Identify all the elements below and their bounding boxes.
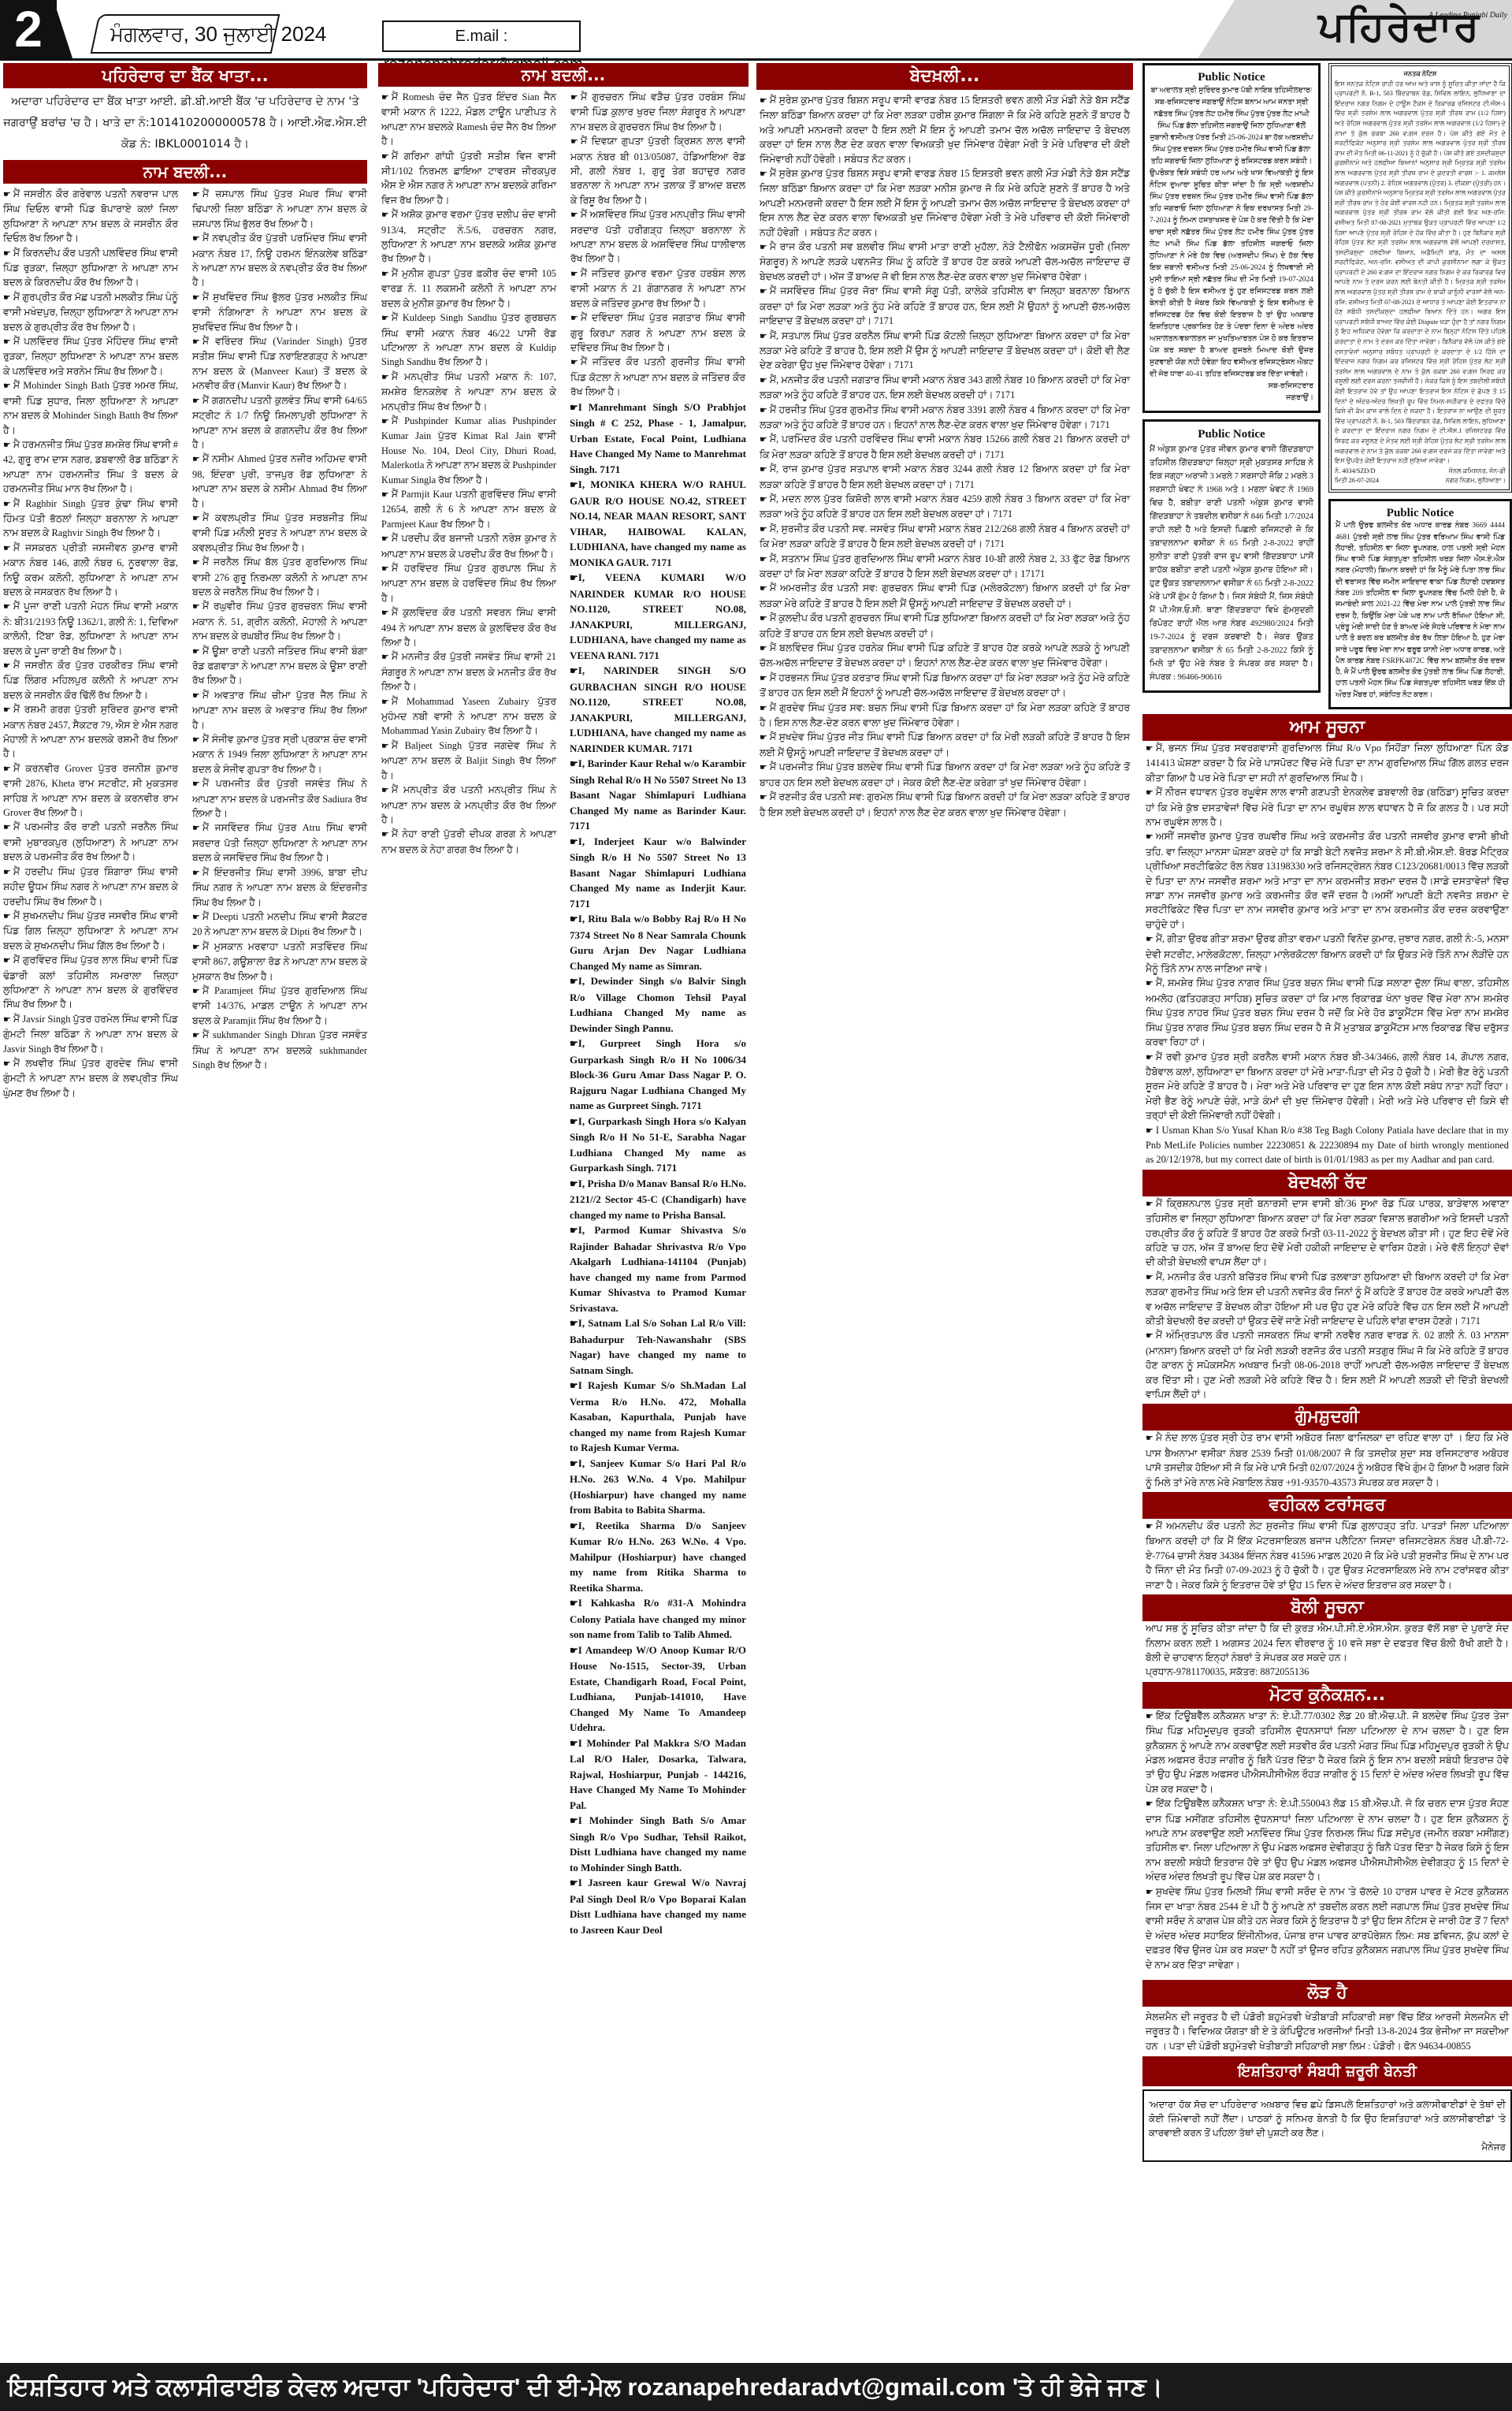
vehicle-transfer-list: ☛ਮੈਂ ਅਮਨਦੀਪ ਕੌਰ ਪਤਨੀ ਲੇਟ ਸੁਰਜੀਤ ਸਿੰਘ ਵਾਸ… bbox=[1142, 1519, 1512, 1592]
notice-header: ਬਾ ਅਦਾਲਤ ਸ੍ਰੀ ਸੁਰਿੰਦਰ ਕੁਮਾਰ ਪੱਬੀ ਨਾਇਬ ਤਹ… bbox=[1150, 85, 1313, 168]
entry-text: I, Dewinder Singh s/o Balvir Singh R/o V… bbox=[570, 975, 746, 1034]
entry-text: ਮੈਂ, ਸਤਨਾਮ ਸਿੰਘ ਪੁੱਤਰ ਗੁਰਦਿਆਲ ਸਿੰਘ ਵਾਸੀ … bbox=[760, 553, 1130, 579]
entry-text: ਮੈਂ, ਮਨਜੀਤ ਕੌਰ ਪਤਨੀ ਬਚਿੱਤਰ ਸਿੰਘ ਵਾਸੀ ਪਿੰ… bbox=[1146, 1271, 1509, 1326]
name-change-entry-english: ☛I Mohinder Pal Makkra S/O Madan Lal R/O… bbox=[567, 1736, 749, 1814]
pointing-hand-icon: ☛ bbox=[570, 479, 578, 490]
name-change-entry-english: ☛I, Dewinder Singh s/o Balvir Singh R/o … bbox=[567, 973, 749, 1036]
entry-text: ਮੈਂ ਕੁਲਦੀਪ ਕੌਰ ਪਤਨੀ ਗੁਰਚਰਨ ਸਿੰਘ ਵਾਸੀ ਪਿੰ… bbox=[760, 612, 1130, 638]
pointing-hand-icon: ☛ bbox=[570, 758, 578, 769]
bedakhli-entry: ☛ਮੈਂ ਕੁਲਦੀਪ ਕੌਰ ਪਤਨੀ ਗੁਰਚਰਨ ਸਿੰਘ ਵਾਸੀ ਪਿ… bbox=[756, 611, 1133, 641]
pointing-hand-icon: ☛ bbox=[760, 614, 767, 623]
boli-text: ਆਪ ਸਭ ਨੂੰ ਸੂਚਿਤ ਕੀਤਾ ਜਾਂਦਾ ਹੈ ਕਿ ਦੀ ਕੁਰੜ… bbox=[1142, 1621, 1512, 1665]
pointing-hand-icon: ☛ bbox=[1146, 1712, 1154, 1721]
pointing-hand-icon: ☛ bbox=[3, 705, 11, 715]
pointing-hand-icon: ☛ bbox=[570, 572, 578, 583]
entry-text: ਮੈਂ Javsir Singh ਪੁੱਤਰ ਹਰਮੇਲ ਸਿੰਘ ਵਾਸੀ ਪ… bbox=[3, 1014, 178, 1055]
pointing-hand-icon: ☛ bbox=[1146, 1434, 1154, 1443]
footer-advert-email: ਇਸ਼ਤਿਹਾਰ ਅਤੇ ਕਲਾਸੀਫਾਈਡ ਕੇਵਲ ਅਦਾਰਾ 'ਪਹਿਰੇ… bbox=[0, 2363, 1512, 2411]
entry-text: ਮੈ ਹਰਮਨਜੀਤ ਸਿੰਘ ਪੁੱਤਰ ਸ਼ਮਸ਼ੇਰ ਸਿੰਘ ਵਾਸੀ … bbox=[3, 439, 178, 494]
notice-body: ਮੈਂ ਪਾਲੋ ਉਰਫ ਬਲਜੀਤ ਕੋਰ ਅਧਾਰ ਕਾਰਡ ਨੰਬਰ 36… bbox=[1336, 520, 1505, 701]
entry-text: I, Prisha D/o Manav Bansal R/o H.No. 212… bbox=[570, 1178, 746, 1221]
entry-text: ਮੈਂ ਹਰਦੀਪ ਸਿੰਘ ਪੁੱਤਰ ਸ਼ਿੰਗਾਰਾ ਸਿੰਘ ਵਾਸੀ … bbox=[3, 866, 178, 907]
pointing-hand-icon: ☛ bbox=[3, 337, 11, 347]
name-change-entry: ☛ਮੈਂ ਸੰਜੀਵ ਕੁਮਾਰ ਪੁੱਤਰ ਸ੍ਰੀ ਪ੍ਰਕਾਸ਼ ਚੰਦ … bbox=[189, 732, 370, 776]
pointing-hand-icon: ☛ bbox=[1146, 1053, 1154, 1062]
entry-text: ਮੈਂ ਗੁਰਪ੍ਰੀਤ ਕੌਰ ਮੱਛ ਪਤਨੀ ਮਲਕੀਤ ਸਿੰਘ ਪੰਨ… bbox=[3, 292, 178, 333]
pointing-hand-icon: ☛ bbox=[570, 1877, 578, 1888]
name-change-entry-english: ☛I, Gurpreet Singh Hora s/o Gurparkash S… bbox=[567, 1036, 749, 1114]
pointing-hand-icon: ☛ bbox=[760, 733, 767, 742]
name-change-entry: ☛ਮੈਂ ਨੇਹਾ ਰਾਣੀ ਪੁੱਤਰੀ ਦੀਪਕ ਗਰਗ ਨੇ ਆਪਣਾ ਨ… bbox=[378, 827, 559, 857]
bedakhli-entry: ☛ਮੈਂ ਸੁਖਦੇਵ ਸਿੰਘ ਪੁੱਤਰ ਜੀਤ ਸਿੰਘ ਵਾਸੀ ਪਿੰ… bbox=[756, 730, 1133, 760]
entry-text: I Manrehmant Singh S/O Prabhjot Singh # … bbox=[570, 401, 746, 475]
entry-text: I Mohinder Pal Makkra S/O Madan Lal R/O … bbox=[570, 1737, 746, 1811]
entry-text: ਮੈਂ, ਸਤਪਾਲ ਸਿੰਘ ਪੁੱਤਰ ਕਰਨੈਲ ਸਿੰਘ ਵਾਸੀ ਪਿ… bbox=[760, 330, 1130, 371]
pointing-hand-icon: ☛ bbox=[1146, 788, 1154, 798]
boli-contacts: ਪ੍ਰਧਾਨ-9781170035, ਸਕੱਤਰ: 8872055136 bbox=[1142, 1665, 1512, 1679]
pointing-hand-icon: ☛ bbox=[1146, 1273, 1154, 1282]
name-change-entry: ☛ਮੈਂ ਕਵਲਪ੍ਰੀਤ ਸਿੰਘ ਪੁੱਤਰ ਸਰਬਜੀਤ ਸਿੰਘ ਵਾਸ… bbox=[189, 511, 370, 555]
entry-text: ਮੈਂ ਗੁਰਵਿੰਦਰ ਸਿੰਘ ਪੁੱਤਰ ਲਾਲ ਸਿੰਘ ਵਾਸੀ ਪਿ… bbox=[3, 954, 178, 1010]
pointing-hand-icon: ☛ bbox=[570, 1116, 578, 1127]
entry-text: ਮੈਂ ਊਸ਼ਾ ਰਾਣੀ ਪਤਨੀ ਜਤਿੰਦਰ ਸਿੰਘ ਵਾਸੀ ਬੰਗਾ… bbox=[192, 646, 367, 686]
pointing-hand-icon: ☛ bbox=[3, 868, 11, 877]
entry-text: ਮੈਂ ਦਵਿੰਦਰਾ ਸਿੰਘ ਪੁੱਤਰ ਜਗਤਾਰ ਸਿੰਘ ਵਾਸੀ ਗ… bbox=[570, 312, 745, 353]
pointing-hand-icon: ☛ bbox=[760, 495, 767, 504]
bedakhli-banner: ਬੇਦਖ਼ਲੀ... bbox=[756, 63, 1133, 90]
name-change-entry-english: ☛I, Parmod Kumar Shivastva S/o Rajinder … bbox=[567, 1222, 749, 1315]
pointing-hand-icon: ☛ bbox=[570, 665, 578, 676]
pointing-hand-icon: ☛ bbox=[760, 287, 767, 296]
notice-signature-place: ਨਗਰ ਨਿਗਮ, ਲੁਧਿਆਣਾ। bbox=[1446, 476, 1506, 486]
entry-text: ਮੈਂ ਰਣਜੀਤ ਕੌਰ ਪਤਨੀ ਸਵ: ਗੁਰਮੇਲ ਸਿੰਘ ਵਾਸੀ … bbox=[760, 791, 1130, 817]
pointing-hand-icon: ☛ bbox=[1146, 832, 1154, 842]
lod-banner: ਲੋੜ ਹੈ bbox=[1142, 1980, 1512, 2007]
name-change-entry: ☛ਮੈਂ ਦਵਿੰਦਰਾ ਸਿੰਘ ਪੁੱਤਰ ਜਗਤਾਰ ਸਿੰਘ ਵਾਸੀ … bbox=[567, 311, 749, 355]
masthead-email[interactable]: E.mail : rozanapehredar@gmail.com bbox=[382, 20, 581, 52]
entry-text: ਮੈਂ ਸੁਖਦੇਵ ਸਿੰਘ ਪੁੱਤਰ ਜੀਤ ਸਿੰਘ ਵਾਸੀ ਪਿੰਡ… bbox=[760, 731, 1130, 757]
notice-title: Public Notice bbox=[1336, 508, 1505, 519]
bedakhli-entry: ☛ਮੈਂ, ਸੁਰਜੀਤ ਕੌਰ ਪਤਨੀ ਸਵ. ਜਸਵੰਤ ਸਿੰਘ ਵਾਸ… bbox=[756, 522, 1133, 552]
name-change-entry: ☛ਮੈਂ ਗਰਿਮਾ ਗਾਂਧੀ ਪੁੱਤਰੀ ਸਤੀਸ਼ ਵਿਜ ਵਾਸੀ ਸ… bbox=[378, 149, 559, 208]
pointing-hand-icon: ☛ bbox=[570, 836, 578, 847]
pointing-hand-icon: ☛ bbox=[381, 152, 389, 162]
entry-text: ਮੈਂ, ਗੀਤਾ ਉਰਫ ਗੀਤਾ ਸ਼ਰਮਾ ਉਰਫ ਗੀਤਾ ਵਰਮਾ ਪ… bbox=[1146, 933, 1509, 974]
name-change-entry: ☛ਮੈਂ ਜਤਿੰਦਰ ਕੌਰ ਪਤਨੀ ਗੁਰਜੀਤ ਸਿੰਘ ਵਾਸੀ ਪਿ… bbox=[567, 355, 749, 399]
entry-text: ਮੈਂ ਦਿਵਯਾ ਗੁਪਤਾ ਪੁੱਤਰੀ ਕ੍ਰਿਸ਼ਨ ਲਾਲ ਵਾਸੀ … bbox=[570, 136, 745, 206]
entry-text: ਅਸੀਂ ਜਸਵੀਰ ਕੁਮਾਰ ਪੁੱਤਰ ਰਘਵੀਰ ਸਿੰਘ ਅਤੇ ਕਰ… bbox=[1146, 831, 1509, 929]
entry-text: ਮੈਂ ਜਤਿੰਦਰ ਕੁਮਾਰ ਵਰਮਾ ਪੁੱਤਰ ਹਰਬੰਸ ਲਾਲ ਵਾ… bbox=[570, 268, 745, 309]
aam-suchna-entry: ☛ਮੈਂ, ਭਜਨ ਸਿੰਘ ਪੁੱਤਰ ਸਵਰਗਵਾਸੀ ਗੁਰਦਿਆਲ ਸਿ… bbox=[1142, 741, 1512, 785]
pointing-hand-icon: ☛ bbox=[3, 765, 11, 774]
entry-text: I, Gurparkash Singh Hora s/o Kalyan Sing… bbox=[570, 1115, 746, 1174]
entry-text: ਮੈਂ ਗੁਰਚਰਨ ਸਿੰਘ ਵੜੈਚ ਪੁੱਤਰ ਹਰਬੰਸ ਸਿੰਘ ਵਾ… bbox=[570, 91, 745, 132]
public-notice-nagar-nigam: ਜਨਤਕ ਨੋਟਿਸ ਇਸ ਜਨਤਕ ਨੋਟਿਸ ਰਾਹੀ ਹਰ ਆਮ ਅਤੇ … bbox=[1328, 63, 1512, 493]
entry-text: ਮੈਂ ਬਲਵਿੰਦਰ ਸਿੰਘ ਪੁੱਤਰ ਹਰਨੇਕ ਸਿੰਘ ਵਾਸੀ ਪ… bbox=[760, 642, 1130, 668]
pointing-hand-icon: ☛ bbox=[192, 455, 200, 464]
entry-text: ਮੈਂ ਨਵਪ੍ਰੀਤ ਕੌਰ ਪੁੱਤਰੀ ਪਰਮਿੰਦਰ ਸਿੰਘ ਵਾਸੀ… bbox=[192, 233, 367, 288]
bedakhli-entry: ☛ਮੈਂ ਹਰਜੀਤ ਸਿੰਘ ਪੁੱਤਰ ਗੁਰਮੀਤ ਸਿੰਘ ਵਾਸੀ ਮ… bbox=[756, 403, 1133, 433]
column-bedakhli: ਬੇਦਖ਼ਲੀ... ☛ਮੈਂ ਸੁਰੇਸ਼ ਕੁਮਾਰ ਪੁੱਤਰ ਬਿਸ਼ਨ… bbox=[756, 63, 1133, 820]
motor-connection-entry: ☛ਇੱਕ ਟਿਊਬਵੈੱਲ ਕਨੈਕਸ਼ਨ ਖਾਤਾ ਨੰ: ਏ.ਪੀ.77/0… bbox=[1142, 1709, 1512, 1796]
entry-text: ਮੈਂ ਰਸ਼ਮੀ ਗਰਗ ਪੁੱਤਰੀ ਸੁਰਿੰਦਰ ਕੁਮਾਰ ਵਾਸੀ … bbox=[3, 704, 178, 759]
bedakhli-entry: ☛ਮੈ ਰਾਜ ਕੌਰ ਪਤਨੀ ਸਵ ਬਲਵੀਰ ਸਿੰਘ ਵਾਸੀ ਮਾਤਾ… bbox=[756, 240, 1133, 284]
name-change-entry: ☛ਮੈਂ Parmjit Kaur ਪਤਨੀ ਗੁਰਵਿੰਦਰ ਸਿੰਘ ਵਾਸ… bbox=[378, 487, 559, 531]
pointing-hand-icon: ☛ bbox=[381, 608, 389, 618]
pointing-hand-icon: ☛ bbox=[570, 913, 578, 925]
bedakhli-radd-list: ☛ਮੈਂ ਕ੍ਰਿਸ਼ਨਪਾਲ ਪੁੱਤਰ ਸ੍ਰੀ ਬਨਾਰਸੀ ਦਾਸ ਵਾ… bbox=[1142, 1196, 1512, 1402]
name-change-entry: ☛ਮੈਂ Paramjeet ਸਿੰਘ ਪੁੱਤਰ ਗੁਰਦਿਆਲ ਸਿੰਘ ਵ… bbox=[189, 984, 370, 1028]
entry-text: ਮੈਂ ਮਨਪ੍ਰੀਤ ਸਿੰਘ ਪਤਨੀ ਮਕਾਨ ਨੰ: 107, ਸ਼ਮਸ… bbox=[381, 371, 556, 412]
name-change-entry: ☛ਮੈਂ ਇੰਦਰਜੀਤ ਸਿੰਘ ਵਾਸੀ 3996, ਬਾਬਾ ਦੀਪ ਸਿ… bbox=[189, 865, 370, 910]
entry-text: ਮੈਂ Deepti ਪਤਨੀ ਮਨਦੀਪ ਸਿੰਘ ਵਾਸੀ ਸੈਕਟਰ 20… bbox=[192, 911, 367, 937]
pointing-hand-icon: ☛ bbox=[381, 786, 389, 795]
name-change-entry-english: ☛I, Inderjeet Kaur w/o Balwinder Singh R… bbox=[567, 834, 749, 912]
entry-text: ਮੈਂ ਰਵੀ ਕੁਮਾਰ ਪੁੱਤਰ ਸ਼੍ਰੀ ਕਰਨੈਲ ਵਾਸੀ ਮਕਾ… bbox=[1146, 1051, 1509, 1122]
pointing-hand-icon: ☛ bbox=[570, 402, 578, 413]
name-change-entry: ☛ਮੈਂ ਰਘੁਵੀਰ ਸਿੰਘ ਪੁੱਤਰ ਗੁਰਚਰਨ ਸਿੰਘ ਵਾਸੀ … bbox=[189, 599, 370, 643]
entry-text: ਮੈਂ ਲਖਵੀਰ ਸਿੰਘ ਪੁੱਤਰ ਗੁਰਦੇਵ ਸਿੰਘ ਵਾਸੀ ਗੁ… bbox=[3, 1058, 178, 1099]
entry-text: ਸੁਖਦੇਵ ਸਿੰਘ ਪੁੱਤਰ ਮਿਲਖੀ ਸਿੰਘ ਵਾਸੀ ਸਰੌਦ ਦ… bbox=[1146, 1886, 1509, 1970]
bedakhli-radd-entry: ☛ਮੈਂ ਕ੍ਰਿਸ਼ਨਪਾਲ ਪੁੱਤਰ ਸ੍ਰੀ ਬਨਾਰਸੀ ਦਾਸ ਵਾ… bbox=[1142, 1196, 1512, 1270]
bedakhli-entry: ☛ਮੈਂ ਹਰਭਜਨ ਸਿੰਘ ਪੁੱਤਰ ਕਰਤਾਰ ਸਿੰਘ ਵਾਸੀ ਪਿ… bbox=[756, 671, 1133, 701]
name-change-col-3: ☛ਮੈਂ Romesh ਚੰਦ ਜੈਨ ਪੁੱਤਰ ਇੰਦਰ Sian ਜੈਨ … bbox=[378, 90, 559, 1937]
pointing-hand-icon: ☛ bbox=[760, 96, 767, 106]
pointing-hand-icon: ☛ bbox=[570, 137, 578, 147]
pointing-hand-icon: ☛ bbox=[3, 661, 11, 671]
pointing-hand-icon: ☛ bbox=[570, 1645, 578, 1656]
name-change-entry: ☛ਮੈ ਹਰਮਨਜੀਤ ਸਿੰਘ ਪੁੱਤਰ ਸ਼ਮਸ਼ੇਰ ਸਿੰਘ ਵਾਸੀ… bbox=[0, 437, 181, 497]
name-change-entry: ☛ਮੈਂ ਮਨਪ੍ਰੀਤ ਕੌਰ ਪਤਨੀ ਮਨਪ੍ਰੀਤ ਸਿੰਘ ਨੇ ਆਪ… bbox=[378, 783, 559, 827]
notice-body: ਮੈਂ ਅੰਕੁਸ਼ ਕੁਮਾਰ ਪੁੱਤਰ ਜੀਵਨ ਕੁਮਾਰ ਵਾਸੀ ਗ… bbox=[1150, 443, 1313, 684]
name-change-banner-2: ਨਾਮ ਬਦਲੀ... bbox=[378, 63, 749, 87]
bedakhli-entry: ☛ਮੈਂ, ਸਤਨਾਮ ਸਿੰਘ ਪੁੱਤਰ ਗੁਰਦਿਆਲ ਸਿੰਘ ਵਾਸੀ… bbox=[756, 552, 1133, 582]
name-change-entry: ☛ਮੈਂ ਰਸ਼ਮੀ ਗਰਗ ਪੁੱਤਰੀ ਸੁਰਿੰਦਰ ਕੁਮਾਰ ਵਾਸੀ… bbox=[0, 702, 181, 761]
pointing-hand-icon: ☛ bbox=[192, 558, 200, 567]
pointing-hand-icon: ☛ bbox=[3, 956, 11, 966]
masthead-rule bbox=[0, 58, 1512, 61]
aam-suchna-entry: ☛ਮੈਂ ਨੀਰਜ ਵਧਾਵਨ ਪੁੱਤਰ ਰਘੂਵੰਸ ਲਾਲ ਵਾਸੀ ਗਣ… bbox=[1142, 785, 1512, 829]
pointing-hand-icon: ☛ bbox=[570, 1458, 578, 1469]
entry-text: ਮੈਂ, ਰਾਜ ਕੁਮਾਰ ਪੁੱਤਰ ਸਤਪਾਲ ਵਾਸੀ ਮਕਾਨ ਨੰਬ… bbox=[760, 463, 1130, 489]
notice-signature: ਸਬ-ਰਜਿਸਟਰਾਰ bbox=[1150, 381, 1313, 393]
entry-text: I, VEENA KUMARI W/O NARINDER KUMAR R/O H… bbox=[570, 571, 746, 661]
entry-text: ਮੈਂ ਮੁਸਕਾਨ ਮਰਵਾਹਾ ਪਤਨੀ ਸਤਵਿੰਦਰ ਸਿੰਘ ਵਾਸੀ… bbox=[192, 941, 367, 982]
entry-text: I, Inderjeet Kaur w/o Balwinder Singh R/… bbox=[570, 835, 746, 910]
motor-connection-entry: ☛ਇੱਕ ਟਿਊਬਵੈੱਲ ਕਨੈਕਸ਼ਨ ਖਾਤਾ ਨੰ: ਏ.ਪੀ.5500… bbox=[1142, 1796, 1512, 1884]
motor-connection-entry: ☛ਸੁਖਦੇਵ ਸਿੰਘ ਪੁੱਤਰ ਮਿਲਖੀ ਸਿੰਘ ਵਾਸੀ ਸਰੌਦ … bbox=[1142, 1885, 1512, 1972]
notice-title: Public Notice bbox=[1150, 72, 1313, 84]
pointing-hand-icon: ☛ bbox=[3, 544, 11, 553]
request-banner: ਇਸ਼ਤਿਹਾਰਾਂ ਸੰਬਧੀ ਜ਼ਰੂਰੀ ਬੇਨਤੀ bbox=[1142, 2056, 1512, 2086]
public-notice-gidderbaha: Public Notice ਮੈਂ ਅੰਕੁਸ਼ ਕੁਮਾਰ ਪੁੱਤਰ ਜੀਵ… bbox=[1142, 419, 1321, 693]
name-change-entry-english: ☛I Amandeep W/O Anoop Kumar R/O House No… bbox=[567, 1643, 749, 1736]
name-change-entry: ☛ਮੈਂ ਜਸਕਰਨ ਪ੍ਰੀਤੀ ਜਸਜੀਵਨ ਕੁਮਾਰ ਵਾਸੀ ਮਕਾਨ… bbox=[0, 541, 181, 600]
name-change-entry-english: ☛I Mohinder Singh Bath S/o Amar Singh R/… bbox=[567, 1813, 749, 1875]
entry-text: ਮੈਂ ਪੂਜਾ ਰਾਣੀ ਪਤਨੀ ਮੋਹਨ ਸਿੰਘ ਵਾਸੀ ਮਕਾਨ ਨ… bbox=[3, 601, 178, 656]
notice-ref-date: ਮਿਤੀ 26-07-2024 bbox=[1335, 476, 1379, 486]
entry-text: ਮੈਂ, ਮਦਨ ਲਾਲ ਪੁੱਤਰ ਕਿਸ਼ੋਰੀ ਲਾਲ ਵਾਸੀ ਮਕਾਨ… bbox=[760, 493, 1130, 519]
entry-text: I, Barinder Kaur Rehal w/o Karambir Sing… bbox=[570, 757, 746, 832]
pointing-hand-icon: ☛ bbox=[192, 293, 200, 303]
name-change-entry: ☛ਮੈਂ ਗੁਰਵਿੰਦਰ ਸਿੰਘ ਪੁੱਤਰ ਲਾਲ ਸਿੰਘ ਵਾਸੀ ਪ… bbox=[0, 953, 181, 1012]
entry-text: ਮੈਂ ਗੁਰਦੇਵ ਸਿੰਘ ਪੁੱਤਰ ਸਵ: ਬਚਨ ਸਿੰਘ ਵਾਸੀ … bbox=[760, 702, 1130, 728]
logo-area: ਪਹਿਰੇਦਾਰ A Leading Punjabi Daily bbox=[611, 0, 1512, 60]
column-left: ਪਹਿਰੇਦਾਰ ਦਾ ਬੈਂਕ ਖਾਤਾ... ਅਦਾਰਾ ਪਹਿਰੇਦਾਰ … bbox=[0, 63, 370, 1100]
name-change-entry-english: ☛I, Reetika Sharma D/o Sanjeev Kumar R/o… bbox=[567, 1518, 749, 1596]
bedakhli-radd-entry: ☛ਮੈਂ, ਮਨਜੀਤ ਕੌਰ ਪਤਨੀ ਬਚਿੱਤਰ ਸਿੰਘ ਵਾਸੀ ਪਿ… bbox=[1142, 1270, 1512, 1329]
entry-text: ਮੈਂ ਮਨਜੀਤ ਕੌਰ ਪੁੱਤਰੀ ਜਸਵੰਤ ਸਿੰਘ ਵਾਸੀ 21 … bbox=[381, 651, 556, 692]
pointing-hand-icon: ☛ bbox=[381, 417, 389, 426]
entry-text: ਮੈਂ ਸੁਰੇਸ਼ ਕੁਮਾਰ ਪੁੱਤਰ ਬਿਸ਼ਨ ਸਰੂਪ ਵਾਸੀ ਵ… bbox=[760, 168, 1130, 238]
pointing-hand-icon: ☛ bbox=[760, 332, 767, 341]
pointing-hand-icon: ☛ bbox=[192, 602, 200, 612]
name-change-entry: ☛ਮੈਂ Raghbir Singh ਪੁੱਤਰ ਕੁੰਢਾ ਸਿੰਘ ਵਾਸੀ… bbox=[0, 497, 181, 541]
entry-text: I, Sanjeev Kumar S/o Hari Pal R/o H.No. … bbox=[570, 1457, 746, 1516]
pointing-hand-icon: ☛ bbox=[381, 93, 389, 102]
entry-text: ਮੈਂ ਨੇਹਾ ਰਾਣੀ ਪੁੱਤਰੀ ਦੀਪਕ ਗਰਗ ਨੇ ਆਪਣਾ ਨਾ… bbox=[381, 828, 556, 854]
pointing-hand-icon: ☛ bbox=[760, 376, 767, 385]
name-change-entry: ☛ਮੈਂ ਜ਼ਸਪਾਲ ਸਿੰਘ ਪੁੱਤਰ ਮੱਘਰ ਸਿੰਘ ਵਾਸੀ ਢਿ… bbox=[189, 187, 370, 231]
bedakhli-list: ☛ਮੈਂ ਸੁਰੇਸ਼ ਕੁਮਾਰ ਪੁੱਤਰ ਬਿਸ਼ਨ ਸਰੂਪ ਵਾਸੀ … bbox=[756, 93, 1133, 820]
name-change-entry: ☛ਮੈਂ Romesh ਚੰਦ ਜੈਨ ਪੁੱਤਰ ਇੰਦਰ Sian ਜੈਨ … bbox=[378, 90, 559, 149]
entry-text: I Rajesh Kumar S/o Sh.Madan Lal Verma R/… bbox=[570, 1379, 746, 1453]
entry-text: ਮੈ ਨੰਦ ਲਾਲ ਪੁੱਤਰ ਸ੍ਰੀ ਹੇਤ ਰਾਮ ਵਾਸੀ ਅਬੋਹਰ… bbox=[1146, 1432, 1509, 1487]
bank-details: ਅਦਾਰਾ ਪਹਿਰੇਦਾਰ ਦਾ ਬੈਂਕ ਖਾਤਾ ਆਈ. ਡੀ.ਬੀ.ਆਈ… bbox=[0, 88, 370, 160]
name-change-entry: ☛ਮੈਂ ਊਸ਼ਾ ਰਾਣੀ ਪਤਨੀ ਜਤਿੰਦਰ ਸਿੰਘ ਵਾਸੀ ਬੰਗ… bbox=[189, 644, 370, 688]
request-signature: ਮੈਨੇਜਰ bbox=[1149, 2140, 1506, 2154]
name-change-col-1: ☛ਮੈਂ ਜਸਰੀਨ ਕੌਰ ਗਰੇਵਾਲ ਪਤਨੀ ਨਵਰਾਜ ਪਾਲ ਸਿੰ… bbox=[0, 187, 181, 1100]
entry-text: ਮੈਂ ਸੁਰੇਸ਼ ਕੁਮਾਰ ਪੁੱਤਰ ਬਿਸ਼ਨ ਸਰੂਪ ਵਾਸੀ ਵ… bbox=[760, 95, 1130, 165]
pointing-hand-icon: ☛ bbox=[760, 435, 767, 445]
name-change-entry: ☛ਮੈਂ ਹਰਦੀਪ ਸਿੰਘ ਪੁੱਤਰ ਸ਼ਿੰਗਾਰਾ ਸਿੰਘ ਵਾਸੀ… bbox=[0, 865, 181, 909]
name-change-grid-mid: ☛ਮੈਂ Romesh ਚੰਦ ਜੈਨ ਪੁੱਤਰ ਇੰਦਰ Sian ਜੈਨ … bbox=[378, 90, 749, 1937]
name-change-entry: ☛ਮੈਂ ਪਲਵਿੰਦਰ ਸਿੰਘ ਪੁੱਤਰ ਮੋਹਿੰਦਰ ਸਿੰਘ ਵਾਸ… bbox=[0, 334, 181, 378]
pointing-hand-icon: ☛ bbox=[570, 1318, 578, 1329]
pointing-hand-icon: ☛ bbox=[1146, 935, 1154, 944]
name-change-entry-english: ☛I Manrehmant Singh S/O Prabhjot Singh #… bbox=[567, 400, 749, 478]
pointing-hand-icon: ☛ bbox=[570, 93, 578, 102]
entry-text: ਮੈਂ Mohinder Singh Bath ਪੁੱਤਰ ਅਮਰ ਸਿੰਘ, … bbox=[3, 380, 178, 435]
name-change-entry: ☛ਮੈਂ sukhmander Singh Dhran ਪੁੱਤਰ ਜਸਵੰਤ … bbox=[189, 1028, 370, 1072]
entry-text: ਮੈਂ ਪਰਮਜੀਤ ਕੌਰ ਪੁੱਤਰੀ ਜਸਵੰਤ ਸਿੰਘ ਨੇ ਆਪਣਾ… bbox=[192, 778, 367, 819]
pointing-hand-icon: ☛ bbox=[570, 358, 578, 367]
entry-text: ਮੈਂ ਅਵਤਾਰ ਸਿੰਘ ਚੀਮਾ ਪੁੱਤਰ ਜੈਲ ਸਿੰਘ ਨੇ ਆਪ… bbox=[192, 690, 367, 731]
notice-signature-place: ਜਗਰਾਉਂ। bbox=[1150, 393, 1313, 404]
pointing-hand-icon: ☛ bbox=[381, 698, 389, 707]
pointing-hand-icon: ☛ bbox=[760, 525, 767, 534]
entry-text: ਮੈਂ ਗਗਨਦੀਪ ਪਤਨੀ ਕੁਲਵੰਤ ਸਿੰਘ ਵਾਸੀ 64/65 ਸ… bbox=[192, 395, 367, 450]
pointing-hand-icon: ☛ bbox=[570, 210, 578, 220]
name-change-entry: ☛ਮੈਂ Kuldeep Singh Sandhu ਪੁੱਤਰ ਗੁਰਬਚਨ ਸ… bbox=[378, 311, 559, 370]
pointing-hand-icon: ☛ bbox=[192, 1031, 200, 1040]
entry-text: ਮੈਂ ਕਵਲਪ੍ਰੀਤ ਸਿੰਘ ਪੁੱਤਰ ਸਰਬਜੀਤ ਸਿੰਘ ਵਾਸੀ… bbox=[192, 512, 367, 553]
entry-text: ਮੈਂ ਅੰਮ੍ਰਿਤਪਾਲ ਕੌਰ ਪਤਨੀ ਜਸਕਰਨ ਸਿੰਘ ਵਾਸੀ … bbox=[1146, 1330, 1509, 1400]
name-change-grid-left: ☛ਮੈਂ ਜਸਰੀਨ ਕੌਰ ਗਰੇਵਾਲ ਪਤਨੀ ਨਵਰਾਜ ਪਾਲ ਸਿੰ… bbox=[0, 187, 370, 1100]
entry-text: ਮੈਂ ਅਮਨਦੀਪ ਕੌਰ ਪਤਨੀ ਲੇਟ ਸੁਰਜੀਤ ਸਿੰਘ ਵਾਸੀ… bbox=[1146, 1520, 1509, 1591]
name-change-entry: ☛ਮੈਂ ਪਰਮਜੀਤ ਕੌਰ ਰਾਣੀ ਪਤਨੀ ਜਰਨੈਲ ਸਿੰਘ ਵਾਸ… bbox=[0, 820, 181, 864]
pointing-hand-icon: ☛ bbox=[381, 534, 389, 544]
name-change-entry-english: ☛I, Barinder Kaur Rehal w/o Karambir Sin… bbox=[567, 756, 749, 834]
pointing-hand-icon: ☛ bbox=[570, 1738, 578, 1749]
name-change-entry: ☛ਮੈਂ ਪਰਮਜੀਤ ਕੌਰ ਪੁੱਤਰੀ ਜਸਵੰਤ ਸਿੰਘ ਨੇ ਆਪਣ… bbox=[189, 776, 370, 820]
entry-text: ਮੈਂ ਹਰਜੀਤ ਸਿੰਘ ਪੁੱਤਰ ਗੁਰਮੀਤ ਸਿੰਘ ਵਾਸੀ ਮਕ… bbox=[760, 404, 1130, 430]
entry-text: I, Parmod Kumar Shivastva S/o Rajinder B… bbox=[570, 1224, 746, 1314]
entry-text: ਮੈਂ Paramjeet ਸਿੰਘ ਪੁੱਤਰ ਗੁਰਦਿਆਲ ਸਿੰਘ ਵਾ… bbox=[192, 985, 367, 1026]
name-change-entry: ☛ਮੈਂ ਸੁਖਮਨਦੀਪ ਸਿੰਘ ਪੁੱਤਰ ਜਸਵੀਰ ਸਿੰਘ ਵਾਸੀ… bbox=[0, 909, 181, 953]
entry-text: ਮੈਂ ਜਸਵਿੰਦਰ ਸਿੰਘ ਪੁੱਤਰ ਜੋਰਾ ਸਿੰਘ ਵਾਸੀ ਸੰ… bbox=[760, 285, 1130, 326]
pointing-hand-icon: ☛ bbox=[760, 243, 767, 252]
entry-text: ਮੈਂ ਕ੍ਰਿਸ਼ਨਪਾਲ ਪੁੱਤਰ ਸ੍ਰੀ ਬਨਾਰਸੀ ਦਾਸ ਵਾਸ… bbox=[1146, 1198, 1509, 1268]
name-change-banner: ਨਾਮ ਬਦਲੀ... bbox=[3, 160, 367, 184]
entry-text: ਮੈਂ ਗਰਿਮਾ ਗਾਂਧੀ ਪੁੱਤਰੀ ਸਤੀਸ਼ ਵਿਜ ਵਾਸੀ ਸੀ… bbox=[381, 151, 556, 206]
pointing-hand-icon: ☛ bbox=[3, 500, 11, 509]
pointing-hand-icon: ☛ bbox=[1146, 979, 1154, 988]
name-change-entry: ☛ਮੈਂ Mohammad Yaseen Zubairy ਪੁੱਤਰ ਮੁਹੰਮ… bbox=[378, 694, 559, 739]
name-change-entry-english: ☛I, Gurparkash Singh Hora s/o Kalyan Sin… bbox=[567, 1114, 749, 1176]
motor-connection-banner: ਮੋਟਰ ਕੁਨੈਕਸ਼ਨ... bbox=[1142, 1682, 1512, 1709]
pointing-hand-icon: ☛ bbox=[760, 465, 767, 474]
entry-text: ਮੈਂ sukhmander Singh Dhran ਪੁੱਤਰ ਜਸਵੰਤ ਸ… bbox=[192, 1029, 367, 1070]
name-change-entry-english: ☛I, VEENA KUMARI W/O NARINDER KUMAR R/O … bbox=[567, 570, 749, 663]
pointing-hand-icon: ☛ bbox=[760, 555, 767, 564]
name-change-entry: ☛ਮੈਂ ਮੁਨੀਸ਼ ਗੁਪਤਾ ਪੁੱਤਰ ਫ਼ਕੀਰ ਚੰਦ ਵਾਸੀ 1… bbox=[378, 266, 559, 311]
pointing-hand-icon: ☛ bbox=[3, 912, 11, 921]
entry-text: I, Gurpreet Singh Hora s/o Gurparkash Si… bbox=[570, 1037, 746, 1111]
pointing-hand-icon: ☛ bbox=[192, 869, 200, 878]
bedakhli-entry: ☛ਮੈਂ, ਮਦਨ ਲਾਲ ਪੁੱਤਰ ਕਿਸ਼ੋਰੀ ਲਾਲ ਵਾਸੀ ਮਕਾ… bbox=[756, 492, 1133, 522]
lod-text: ਸੇਲਜ਼ਮੈਨ ਦੀ ਜਰੂਰਤ ਹੈ ਦੀ ਪੰਡੋਰੀ ਬਹੁਮੰਤਵੀ … bbox=[1142, 2007, 1512, 2056]
name-change-entry-english: ☛I, Prisha D/o Manav Bansal R/o H.No. 21… bbox=[567, 1176, 749, 1223]
name-change-entry: ☛ਮੈਂ ਲਖਵੀਰ ਸਿੰਘ ਪੁੱਤਰ ਗੁਰਦੇਵ ਸਿੰਘ ਵਾਸੀ ਗ… bbox=[0, 1056, 181, 1100]
pointing-hand-icon: ☛ bbox=[3, 293, 11, 303]
pointing-hand-icon: ☛ bbox=[381, 564, 389, 574]
entry-text: ਮੈਂ ਹਰਵਿੰਦਰ ਸਿੰਘ ਪੁੱਤਰ ਗੁਰਪਾਲ ਸਿੰਘ ਨੇ ਆਪ… bbox=[381, 563, 556, 604]
pointing-hand-icon: ☛ bbox=[570, 270, 578, 279]
notice-body: ਇਸ ਜਨਤਕ ਨੋਟਿਸ ਰਾਹੀ ਹਰ ਆਮ ਅਤੇ ਖਾਸ ਨੂੰ ਸੂਚ… bbox=[1335, 80, 1506, 467]
boli-banner: ਬੋਲੀ ਸੂਚਨਾ bbox=[1142, 1594, 1512, 1621]
entry-text: I, Ritu Bala w/o Bobby Raj R/o H No 7374… bbox=[570, 913, 746, 972]
bank-banner: ਪਹਿਰੇਦਾਰ ਦਾ ਬੈਂਕ ਖਾਤਾ... bbox=[3, 63, 367, 88]
pointing-hand-icon: ☛ bbox=[1146, 1799, 1154, 1809]
bedakhli-entry: ☛ਮੈਂ, ਰਾਜ ਕੁਮਾਰ ਪੁੱਤਰ ਸਤਪਾਲ ਵਾਸੀ ਮਕਾਨ ਨੰ… bbox=[756, 462, 1133, 492]
pointing-hand-icon: ☛ bbox=[570, 1380, 578, 1391]
entry-text: ਇੱਕ ਟਿਊਬਵੈੱਲ ਕਨੈਕਸ਼ਨ ਖਾਤਾ ਨੰ: ਏ.ਪੀ.77/03… bbox=[1146, 1710, 1509, 1795]
gumshudgi-banner: ਗੁੰਮਸ਼ੁਦਗੀ bbox=[1142, 1404, 1512, 1431]
pointing-hand-icon: ☛ bbox=[192, 779, 200, 789]
pointing-hand-icon: ☛ bbox=[381, 210, 389, 220]
notice-signature: ਜੋਨਲ ਕਮਿਸ਼ਨਰ, ਜੋਨ-ਡੀ bbox=[1449, 467, 1506, 477]
entry-text: ਮੈਂ Pushpinder Kumar alias Pushpinder Ku… bbox=[381, 415, 556, 486]
name-change-entry: ☛ਮੈਂ ਜਸਵਿੰਦਰ ਸਿੰਘ ਪੁੱਤਰ Atru ਸਿੰਘ ਵਾਸੀ ਸ… bbox=[189, 820, 370, 865]
entry-text: ਮੈਂ ਰਘੁਵੀਰ ਸਿੰਘ ਪੁੱਤਰ ਗੁਰਚਰਨ ਸਿੰਘ ਵਾਸੀ ਮ… bbox=[192, 601, 367, 642]
pointing-hand-icon: ☛ bbox=[381, 742, 389, 751]
name-change-entry: ☛ਮੈਂ ਜਰਨੈਲ ਸਿੰਘ ਬੱਲ ਪੁੱਤਰ ਗੁਰਦਿਆਲ ਸਿੰਘ ਵ… bbox=[189, 555, 370, 599]
entry-text: I, Satnam Lal S/o Sohan Lal R/o Vill: Ba… bbox=[570, 1317, 746, 1376]
entry-text: ਮੈਂ ਜਸਰੀਨ ਕੌਰ ਪੁੱਤਰ ਹਰਕੀਰਤ ਸਿੰਘ ਵਾਸੀ ਪਿੰ… bbox=[3, 660, 178, 701]
pointing-hand-icon: ☛ bbox=[3, 190, 11, 199]
entry-text: ਮੈਂ ਸੰਜੀਵ ਕੁਮਾਰ ਪੁੱਤਰ ਸ੍ਰੀ ਪ੍ਰਕਾਸ਼ ਚੰਦ ਵ… bbox=[192, 734, 367, 775]
entry-text: ਮੈਂ Mohammad Yaseen Zubairy ਪੁੱਤਰ ਮੁਹੰਮਦ… bbox=[381, 696, 556, 737]
name-change-entry: ☛ਮੈਂ ਕਿਰਨਦੀਪ ਕੌਰ ਪਤਨੀ ਪਲਵਿੰਦਰ ਸਿੰਘ ਵਾਸੀ … bbox=[0, 246, 181, 290]
bedakhli-radd-banner: ਬੇਦਖਲੀ ਰੱਦ bbox=[1142, 1170, 1512, 1196]
entry-text: ਮੈਂ ਜਤਿੰਦਰ ਕੌਰ ਪਤਨੀ ਗੁਰਜੀਤ ਸਿੰਘ ਵਾਸੀ ਪਿੰ… bbox=[570, 356, 745, 397]
pointing-hand-icon: ☛ bbox=[192, 987, 200, 996]
entry-text: ਮੈਂ, ਭਜਨ ਸਿੰਘ ਪੁੱਤਰ ਸਵਰਗਵਾਸੀ ਗੁਰਦਿਆਲ ਸਿੰ… bbox=[1146, 742, 1509, 783]
notice-ref-no: ਨੰ. 4034/SZD/D bbox=[1335, 467, 1376, 477]
entry-text: ਮੈਂ ਕਿਰਨਦੀਪ ਕੌਰ ਪਤਨੀ ਪਲਵਿੰਦਰ ਸਿੰਘ ਵਾਸੀ ਪ… bbox=[3, 247, 178, 288]
page-number: 2 bbox=[0, 0, 57, 58]
pointing-hand-icon: ☛ bbox=[381, 373, 389, 382]
pointing-hand-icon: ☛ bbox=[1146, 1200, 1154, 1209]
name-change-entry: ☛ਮੈਂ ਗੁਰਪ੍ਰੀਤ ਕੌਰ ਮੱਛ ਪਤਨੀ ਮਲਕੀਤ ਸਿੰਘ ਪੰ… bbox=[0, 290, 181, 334]
entry-text: ਮੈਂ ਮਨਪ੍ਰੀਤ ਕੌਰ ਪਤਨੀ ਮਨਪ੍ਰੀਤ ਸਿੰਘ ਨੇ ਆਪਣ… bbox=[381, 784, 556, 825]
notice-title: ਜਨਤਕ ਨੋਟਿਸ bbox=[1335, 69, 1506, 80]
pointing-hand-icon: ☛ bbox=[3, 441, 11, 450]
issue-date: ਮੰਗਲਵਾਰ, 30 ਜੁਲਾਈ 2024 bbox=[110, 22, 326, 47]
pointing-hand-icon: ☛ bbox=[760, 704, 767, 713]
entry-text: ਮੈਂ Kuldeep Singh Sandhu ਪੁੱਤਰ ਗੁਰਬਚਨ ਸਿ… bbox=[381, 312, 556, 367]
pointing-hand-icon: ☛ bbox=[1146, 1331, 1154, 1341]
entry-text: ਮੈ ਰਾਜ ਕੌਰ ਪਤਨੀ ਸਵ ਬਲਵੀਰ ਸਿੰਘ ਵਾਸੀ ਮਾਤਾ … bbox=[760, 241, 1130, 282]
pointing-hand-icon: ☛ bbox=[192, 337, 200, 347]
entry-text: I Jasreen kaur Grewal W/o Navraj Pal Sin… bbox=[570, 1877, 746, 1936]
pointing-hand-icon: ☛ bbox=[381, 490, 389, 500]
name-change-entry: ☛ਮੈਂ ਕੁਲਵਿੰਦਰ ਕੌਰ ਪਤਨੀ ਸਵਰਨ ਸਿੰਘ ਵਾਸੀ 49… bbox=[378, 605, 559, 649]
aam-suchna-entry: ☛I Usman Khan S/o Yusaf Khan R/o #38 Teg… bbox=[1142, 1123, 1512, 1167]
name-change-entry: ☛ਮੈਂ ਸੁਖਵਿੰਦਰ ਸਿੰਘ ਭੁੱਲਰ ਪੁੱਤਰ ਮਲਕੀਤ ਸਿੰ… bbox=[189, 290, 370, 334]
pointing-hand-icon: ☛ bbox=[192, 647, 200, 657]
pointing-hand-icon: ☛ bbox=[760, 644, 767, 653]
pointing-hand-icon: ☛ bbox=[192, 234, 200, 244]
pointing-hand-icon: ☛ bbox=[570, 1815, 578, 1826]
entry-text: ਮੈਂ, ਸ਼ਮਸ਼ੇਰ ਸਿੰਘ ਪੁੱਤਰ ਨਾਗਰ ਸਿੰਘ ਪੁੱਤਰ … bbox=[1146, 977, 1509, 1047]
aam-suchna-entry: ☛ਅਸੀਂ ਜਸਵੀਰ ਕੁਮਾਰ ਪੁੱਤਰ ਰਘਵੀਰ ਸਿੰਘ ਅਤੇ ਕ… bbox=[1142, 829, 1512, 932]
entry-text: ਮੈਂ ਅਮਰਜੀਤ ਕੌਰ ਪਤਨੀ ਸਵ: ਗੁਰਚਰਨ ਸਿੰਘ ਵਾਸੀ… bbox=[760, 582, 1130, 608]
vehicle-transfer-banner: ਵਹੀਕਲ ਟਰਾਂਸਫਰ bbox=[1142, 1492, 1512, 1519]
request-box: 'ਅਦਾਰਾ ਹੱਕ ਸੱਚ ਦਾ ਪਹਿਰੇਦਾਰ' ਅਖ਼ਬਾਰ ਵਿਚ ਛ… bbox=[1142, 2089, 1512, 2162]
public-notice-lohari: Public Notice ਮੈਂ ਪਾਲੋ ਉਰਫ ਬਲਜੀਤ ਕੋਰ ਅਧਾ… bbox=[1328, 499, 1512, 709]
bedakhli-radd-entry: ☛ਮੈਂ ਅੰਮ੍ਰਿਤਪਾਲ ਕੌਰ ਪਤਨੀ ਜਸਕਰਨ ਸਿੰਘ ਵਾਸੀ… bbox=[1142, 1328, 1512, 1401]
pointing-hand-icon: ☛ bbox=[760, 763, 767, 772]
pointing-hand-icon: ☛ bbox=[192, 913, 200, 922]
name-change-entry: ☛ਮੈਂ Baljeet Singh ਪੁੱਤਰ ਜਗਦੇਵ ਸਿੰਘ ਨੇ ਆ… bbox=[378, 739, 559, 783]
bedakhli-entry: ☛ਮੈਂ ਸੁਰੇਸ਼ ਕੁਮਾਰ ਪੁੱਤਰ ਬਿਸ਼ਨ ਸਰੂਪ ਵਾਸੀ … bbox=[756, 166, 1133, 240]
entry-text: ਮੈਂ ਸੁਖਵਿੰਦਰ ਸਿੰਘ ਭੁੱਲਰ ਪੁੱਤਰ ਮਲਕੀਤ ਸਿੰਘ… bbox=[192, 292, 367, 333]
name-change-entry: ☛ਮੈਂ ਗਗਨਦੀਪ ਪਤਨੀ ਕੁਲਵੰਤ ਸਿੰਘ ਵਾਸੀ 64/65 … bbox=[189, 393, 370, 452]
bedakhli-entry: ☛ਮੈਂ ਗੁਰਦੇਵ ਸਿੰਘ ਪੁੱਤਰ ਸਵ: ਬਚਨ ਸਿੰਘ ਵਾਸੀ… bbox=[756, 701, 1133, 731]
pointing-hand-icon: ☛ bbox=[192, 514, 200, 523]
name-change-entry: ☛ਮੈਂ ਨਸੀਮ Ahmed ਪੁੱਤਰ ਨਜ਼ੀਰ ਅਹਿਮਦ ਵਾਸੀ 9… bbox=[189, 452, 370, 511]
name-change-entry: ☛ਮੈਂ ਪੂਜਾ ਰਾਣੀ ਪਤਨੀ ਮੋਹਨ ਸਿੰਘ ਵਾਸੀ ਮਕਾਨ … bbox=[0, 599, 181, 658]
column-middle: ਨਾਮ ਬਦਲੀ... ☛ਮੈਂ Romesh ਚੰਦ ਜੈਨ ਪੁੱਤਰ ਇੰ… bbox=[378, 63, 749, 1937]
pointing-hand-icon: ☛ bbox=[3, 823, 11, 832]
pointing-hand-icon: ☛ bbox=[570, 1038, 578, 1049]
name-change-entry: ☛ਮੈਂ ਕਰਨਵੀਰ Grover ਪੁੱਤਰ ਰਜਨੀਸ਼ ਕੁਮਾਰ ਵਾ… bbox=[0, 761, 181, 820]
pointing-hand-icon: ☛ bbox=[760, 406, 767, 415]
pointing-hand-icon: ☛ bbox=[192, 691, 200, 701]
entry-text: ਮੈਂ ਹਰਭਜਨ ਸਿੰਘ ਪੁੱਤਰ ਕਰਤਾਰ ਸਿੰਘ ਵਾਸੀ ਪਿੰ… bbox=[760, 672, 1130, 698]
name-change-entry-english: ☛I, NARINDER SINGH S/O GURBACHAN SINGH R… bbox=[567, 663, 749, 756]
entry-text: I Mohinder Singh Bath S/o Amar Singh R/o… bbox=[570, 1814, 746, 1873]
name-change-entry: ☛ਮੈਂ ਦਿਵਯਾ ਗੁਪਤਾ ਪੁੱਤਰੀ ਕ੍ਰਿਸ਼ਨ ਲਾਲ ਵਾਸੀ… bbox=[567, 134, 749, 207]
pointing-hand-icon: ☛ bbox=[192, 735, 200, 745]
entry-text: ਮੈਂ Romesh ਚੰਦ ਜੈਨ ਪੁੱਤਰ ਇੰਦਰ Sian ਜੈਨ ਵ… bbox=[381, 91, 556, 147]
name-change-entry: ☛ਮੈਂ ਮਨਜੀਤ ਕੌਰ ਪੁੱਤਰੀ ਜਸਵੰਤ ਸਿੰਘ ਵਾਸੀ 21… bbox=[378, 649, 559, 694]
aam-suchna-banner: ਆਮ ਸੂਚਨਾ bbox=[1142, 714, 1512, 741]
entry-text: ਮੈਂ ਸੁਖਮਨਦੀਪ ਸਿੰਘ ਪੁੱਤਰ ਜਸਵੀਰ ਸਿੰਘ ਵਾਸੀ … bbox=[3, 910, 178, 951]
name-change-col-4: ☛ਮੈਂ ਗੁਰਚਰਨ ਸਿੰਘ ਵੜੈਚ ਪੁੱਤਰ ਹਰਬੰਸ ਸਿੰਘ ਵ… bbox=[567, 90, 749, 1937]
